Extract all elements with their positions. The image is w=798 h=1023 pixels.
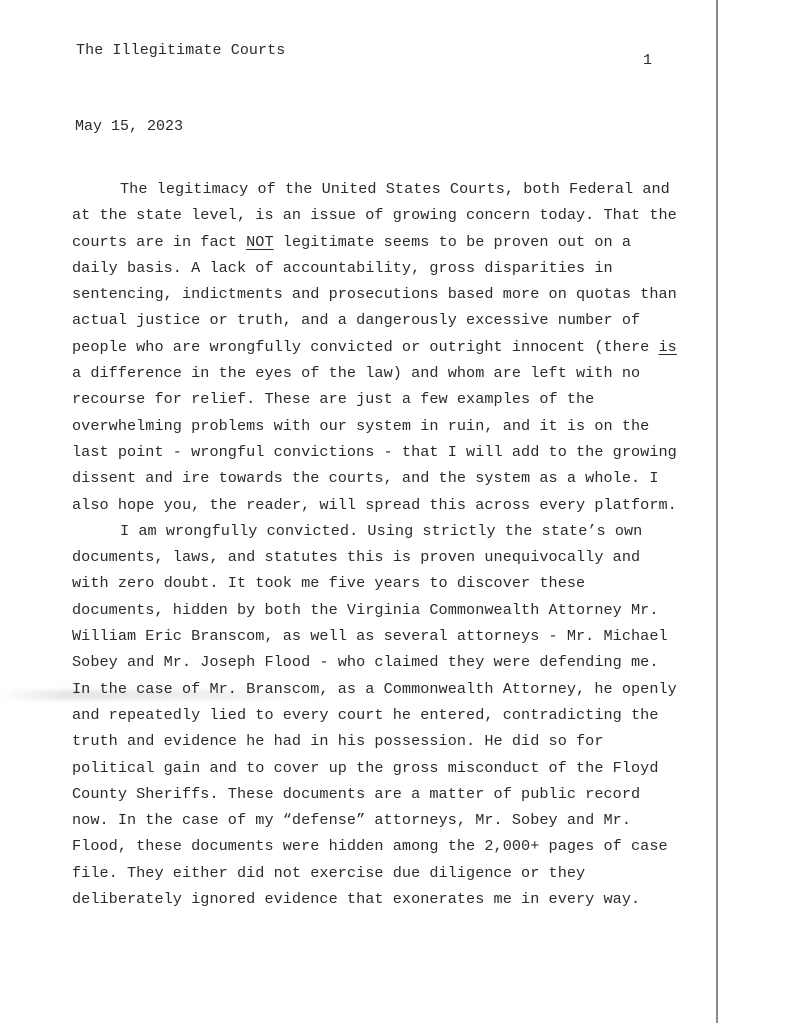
text-line: documents, hidden by both the Virginia C… [72,597,712,623]
text-line: a difference in the eyes of the law) and… [72,360,712,386]
text-line: with zero doubt. It took me five years t… [72,570,712,596]
text-line: courts are in fact NOT legitimate seems … [72,229,712,255]
text-line: documents, laws, and statutes this is pr… [72,544,712,570]
running-header-title: The Illegitimate Courts [76,42,285,59]
text-line: also hope you, the reader, will spread t… [72,492,712,518]
text-line: dissent and ire towards the courts, and … [72,465,712,491]
text-line: Sobey and Mr. Joseph Flood - who claimed… [72,649,712,675]
text-line: I am wrongfully convicted. Using strictl… [72,518,712,544]
paragraph-2: I am wrongfully convicted. Using strictl… [72,518,712,912]
page-number: 1 [643,52,652,69]
text-line: William Eric Branscom, as well as severa… [72,623,712,649]
text-line: at the state level, is an issue of growi… [72,202,712,228]
text-line: sentencing, indictments and prosecutions… [72,281,712,307]
text-line: truth and evidence he had in his possess… [72,728,712,754]
text-line: last point - wrongful convictions - that… [72,439,712,465]
text-line: County Sheriffs. These documents are a m… [72,781,712,807]
page-edge-line [716,0,718,1023]
text-line: actual justice or truth, and a dangerous… [72,307,712,333]
text-line: Flood, these documents were hidden among… [72,833,712,859]
text-line: political gain and to cover up the gross… [72,755,712,781]
paragraph-1: The legitimacy of the United States Cour… [72,176,712,518]
text-line: now. In the case of my “defense” attorne… [72,807,712,833]
underlined-emphasis: NOT [246,233,274,251]
text-line: file. They either did not exercise due d… [72,860,712,886]
document-date: May 15, 2023 [75,118,183,135]
text-line: recourse for relief. These are just a fe… [72,386,712,412]
text-line: overwhelming problems with our system in… [72,413,712,439]
text-line: The legitimacy of the United States Cour… [72,176,712,202]
text-line: In the case of Mr. Branscom, as a Common… [72,676,712,702]
text-line: and repeatedly lied to every court he en… [72,702,712,728]
text-line: deliberately ignored evidence that exone… [72,886,712,912]
underlined-emphasis: is [659,338,677,356]
text-line: daily basis. A lack of accountability, g… [72,255,712,281]
body-text: The legitimacy of the United States Cour… [72,176,712,912]
text-line: people who are wrongfully convicted or o… [72,334,712,360]
